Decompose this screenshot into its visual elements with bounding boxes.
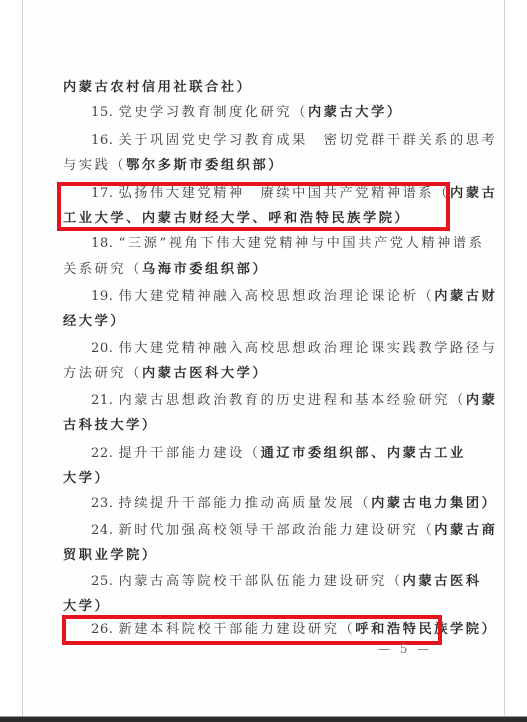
item-number: 15. xyxy=(91,105,113,120)
item-title: 伟大建党精神融入高校思想政治理论课论析（ xyxy=(118,289,434,304)
item-number: 23. xyxy=(91,496,113,511)
organization-name: 乌海市委组织部） xyxy=(142,262,268,277)
item-title: 新时代加强高校领导干部政治能力建设研究（ xyxy=(118,523,434,538)
organization-name: 内蒙古商 xyxy=(434,523,497,538)
document-line: 经大学） xyxy=(63,314,448,330)
item-number: 19. xyxy=(91,289,113,304)
organization-name: 大学） xyxy=(63,599,110,614)
page-number: — 5 — xyxy=(378,642,432,656)
item-title: 方法研究（ xyxy=(63,366,142,381)
list-item-15: 15.党史学习教育制度化研究（内蒙古大学） xyxy=(91,105,448,121)
item-title: 关于巩固党史学习教育成果 密切党群干群关系的思考 xyxy=(118,133,497,148)
document-line: 内蒙古农村信用社联合社） xyxy=(63,80,448,96)
item-title: “三源”视角下伟大建党精神与中国共产党人精神谱系 xyxy=(118,236,484,251)
item-title: 提升干部能力建设（ xyxy=(118,446,260,461)
organization-name: 通辽市委组织部、内蒙古工业 xyxy=(261,446,466,461)
document-line: 方法研究（内蒙古医科大学） xyxy=(63,366,448,382)
organization-name: 鄂尔多斯市委组织部） xyxy=(126,158,284,173)
list-item-16: 16.关于巩固党史学习教育成果 密切党群干群关系的思考 xyxy=(91,133,448,149)
item-number: 16. xyxy=(91,133,113,148)
document-line: 关系研究（乌海市委组织部） xyxy=(63,262,448,278)
list-item-19: 19.伟大建党精神融入高校思想政治理论课论析（内蒙古财 xyxy=(91,289,448,305)
item-number: 25. xyxy=(91,574,113,589)
item-number: 22. xyxy=(91,446,113,461)
item-title: 关系研究（ xyxy=(63,262,142,277)
list-item-18: 18.“三源”视角下伟大建党精神与中国共产党人精神谱系 xyxy=(91,236,448,252)
item-title: 党史学习教育制度化研究（ xyxy=(118,105,307,120)
item-title: 持续提升干部能力推动高质量发展（ xyxy=(118,496,371,511)
highlight-box-item-17 xyxy=(57,182,450,231)
organization-name: 贸职业学院） xyxy=(63,548,158,563)
document-line: 贸职业学院） xyxy=(63,548,448,564)
organization-name: 内蒙古电力集团） xyxy=(371,496,497,511)
organization-name: 古科技大学） xyxy=(63,418,158,433)
item-title: 与实践（ xyxy=(63,158,126,173)
document-line: 大学） xyxy=(63,599,448,615)
document-line: 古科技大学） xyxy=(63,418,448,434)
organization-name: 经大学） xyxy=(63,314,126,329)
organization-name: 内蒙古财 xyxy=(434,289,497,304)
item-number: 20. xyxy=(91,341,113,356)
organization-name: 内蒙古医科大学） xyxy=(142,366,268,381)
item-title: 内蒙古高等院校干部队伍能力建设研究（ xyxy=(118,574,402,589)
list-item-24: 24.新时代加强高校领导干部政治能力建设研究（内蒙古商 xyxy=(91,523,448,539)
item-number: 21. xyxy=(91,393,113,408)
organization-name: 内蒙古农村信用社联合社） xyxy=(63,80,252,95)
list-item-20: 20.伟大建党精神融入高校思想政治理论课实践教学路径与 xyxy=(91,341,448,357)
item-title: 内蒙古思想政治教育的历史进程和基本经验研究（ xyxy=(118,393,465,408)
item-number: 24. xyxy=(91,523,113,538)
organization-name: 内蒙古 xyxy=(450,186,497,201)
organization-name: 内蒙古大学） xyxy=(308,105,403,120)
list-item-25: 25.内蒙古高等院校干部队伍能力建设研究（内蒙古医科 xyxy=(91,574,448,590)
highlight-box-item-26 xyxy=(62,615,442,645)
document-line: 与实践（鄂尔多斯市委组织部） xyxy=(63,158,448,174)
document-line: 大学） xyxy=(63,471,448,487)
list-item-21: 21.内蒙古思想政治教育的历史进程和基本经验研究（内蒙 xyxy=(91,393,448,409)
organization-name: 内蒙古医科 xyxy=(403,574,482,589)
list-item-22: 22.提升干部能力建设（通辽市委组织部、内蒙古工业 xyxy=(91,446,448,462)
item-number: 18. xyxy=(91,236,113,251)
organization-name: 大学） xyxy=(63,471,110,486)
item-title: 伟大建党精神融入高校思想政治理论课实践教学路径与 xyxy=(118,341,497,356)
organization-name: 内蒙 xyxy=(466,393,498,408)
list-item-23: 23.持续提升干部能力推动高质量发展（内蒙古电力集团） xyxy=(91,496,448,512)
bottom-border xyxy=(0,716,527,722)
